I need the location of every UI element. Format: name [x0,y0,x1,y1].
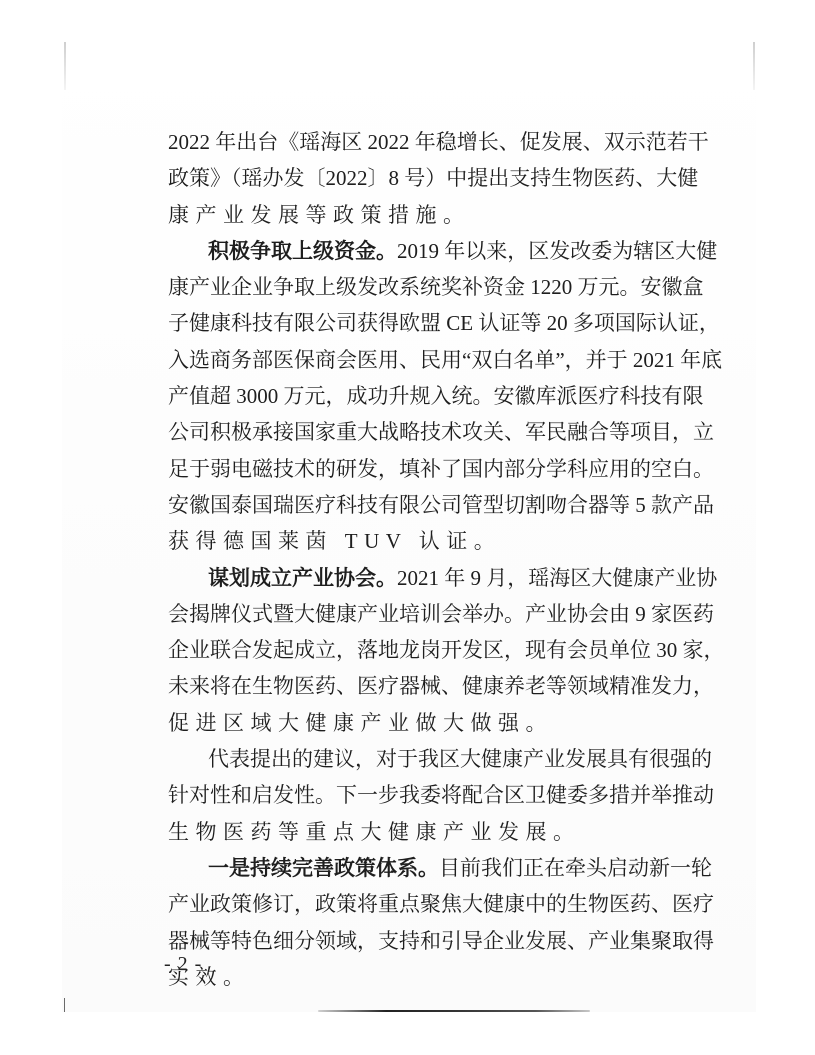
text-line: 2022 年出台《瑶海区 2022 年稳增长、促发展、双示范若干 [168,124,654,160]
scan-bottom-rule [318,1010,590,1012]
text-line: 产值超 3000 万元，成功升规入统。安徽库派医疗科技有限 [168,378,654,414]
text-line: 入选商务部医保商会医用、民用“双白名单”，并于 2021 年底 [168,342,654,378]
text-line: 实效。 [168,959,654,995]
page-number: - 2 - [164,953,202,976]
text-line: 未来将在生物医药、医疗器械、健康养老等领域精准发力， [168,668,654,704]
text-line: 生物医药等重点大健康产业发展。 [168,814,654,850]
text-line: 公司积极承接国家重大战略技术攻关、军民融合等项目，立 [168,414,654,450]
text-line: 企业联合发起成立，落地龙岗开发区，现有会员单位 30 家， [168,632,654,668]
paragraph-industry-association: 谋划成立产业协会。2021 年 9 月，瑶海区大健康产业协 会揭牌仪式暨大健康产… [168,560,654,741]
paragraph-superior-funding: 积极争取上级资金。2019 年以来，区发改委为辖区大健 康产业企业争取上级发改系… [168,233,654,560]
document-body: 2022 年出台《瑶海区 2022 年稳增长、促发展、双示范若干 政策》（瑶办发… [168,124,654,995]
scan-edge-mark-bottom-left [64,998,65,1012]
text-run: 目前我们正在牵头启动新一轮 [439,856,712,880]
text-line: 促进区域大健康产业做大做强。 [168,705,654,741]
text-line: 积极争取上级资金。2019 年以来，区发改委为辖区大健 [168,233,654,269]
paragraph-policy-system: 一是持续完善政策体系。目前我们正在牵头启动新一轮 产业政策修订，政策将重点聚焦大… [168,850,654,995]
text-line: 代表提出的建议，对于我区大健康产业发展具有很强的 [168,741,654,777]
paragraph-lead-heading: 一是持续完善政策体系。 [208,856,439,880]
text-run: 2019 年以来，区发改委为辖区大健 [397,239,717,263]
text-line: 安徽国泰国瑞医疗科技有限公司管型切割吻合器等 5 款产品 [168,487,654,523]
text-line: 政策》（瑶办发〔2022〕8 号）中提出支持生物医药、大健 [168,160,654,196]
text-line: 谋划成立产业协会。2021 年 9 月，瑶海区大健康产业协 [168,560,654,596]
scan-edge-mark-top-left [64,42,66,90]
text-line: 子健康科技有限公司获得欧盟 CE 认证等 20 多项国际认证， [168,305,654,341]
text-line: 获得德国莱茵 TUV 认证。 [168,523,654,559]
paragraph-lead-heading: 谋划成立产业协会。 [208,566,397,590]
text-line: 康产业企业争取上级发改系统奖补资金 1220 万元。安徽盒 [168,269,654,305]
text-run: 2021 年 9 月，瑶海区大健康产业协 [397,566,717,590]
text-line: 足于弱电磁技术的研发，填补了国内部分学科应用的空白。 [168,451,654,487]
text-line: 器械等特色细分领域，支持和引导企业发展、产业集聚取得 [168,923,654,959]
paragraph-representative-suggestion: 代表提出的建议，对于我区大健康产业发展具有很强的 针对性和启发性。下一步我委将配… [168,741,654,850]
text-line: 产业政策修订，政策将重点聚焦大健康中的生物医药、医疗 [168,886,654,922]
text-line: 针对性和启发性。下一步我委将配合区卫健委多措并举推动 [168,777,654,813]
paragraph-lead-heading: 积极争取上级资金。 [208,239,397,263]
scan-edge-mark-top-right [753,42,755,90]
text-line: 康产业发展等政策措施。 [168,197,654,233]
text-line: 会揭牌仪式暨大健康产业培训会举办。产业协会由 9 家医药 [168,596,654,632]
text-line: 一是持续完善政策体系。目前我们正在牵头启动新一轮 [168,850,654,886]
paragraph-policy-continuation: 2022 年出台《瑶海区 2022 年稳增长、促发展、双示范若干 政策》（瑶办发… [168,124,654,233]
